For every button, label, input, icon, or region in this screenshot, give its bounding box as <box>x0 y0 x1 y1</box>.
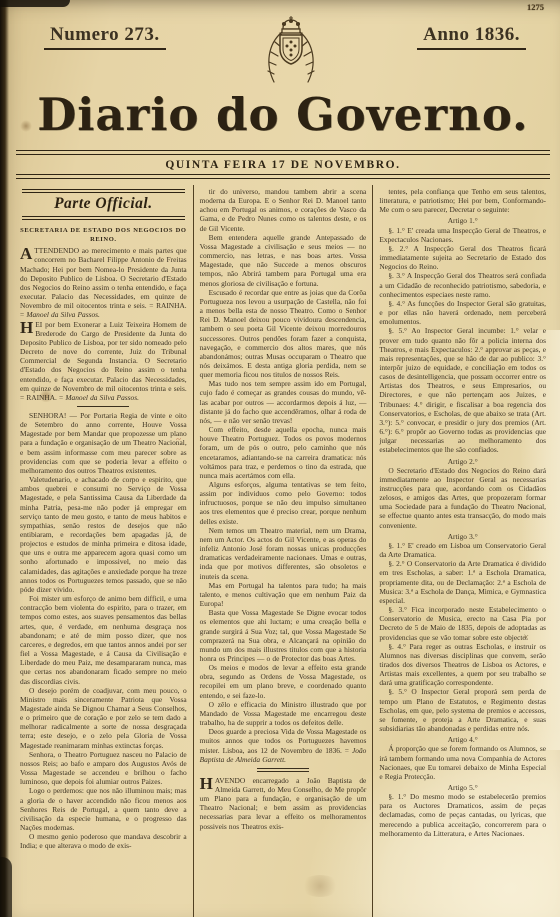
paragraph: Basta que Vossa Magestade Se Digne evoca… <box>200 608 367 663</box>
paragraph: Senhora, o Theatro Portuguez nasceu no P… <box>20 750 187 787</box>
paragraph: Valetudenario, e achacado de corpo e esp… <box>20 475 187 594</box>
article-heading: Artigo 4.° <box>379 735 546 744</box>
column-2-body: tir do universo, mandou tambem abrir a s… <box>200 187 367 831</box>
paragraph: O Secretario d'Estado dos Negocios do Re… <box>379 466 546 530</box>
paragraph: tentes, pela confiança que Tenho em seus… <box>379 187 546 214</box>
signature: João Baptista de Almeida Garrett. <box>200 746 367 764</box>
masthead-title: Diario do Governo. <box>14 88 552 150</box>
paragraph: Foi mister um esforço de animo bem diffi… <box>20 594 187 686</box>
header: Numero 273. <box>14 2 552 86</box>
paragraph: O desejo porém de coadjuvar, com meu pou… <box>20 686 187 750</box>
paragraph: HAVENDO encarregado a João Baptista de A… <box>200 776 367 831</box>
article-heading: Artigo 2.° <box>379 457 546 466</box>
signature: Manoel da Silva Passos. <box>26 310 100 319</box>
paragraph: §. 2.° O Conservatorio da Arte Dramatica… <box>379 559 546 605</box>
dateline: QUINTA FEIRA 17 DE NOVEMBRO. <box>14 155 552 174</box>
issue-number: Numero 273. <box>44 24 166 50</box>
page-number: 1275 <box>527 2 544 12</box>
drop-cap: H <box>200 776 215 792</box>
paragraph: Os meios e modos de levar a effeito esta… <box>200 663 367 700</box>
drop-cap: A <box>20 246 34 262</box>
paragraph: O mesmo genio poderoso que mandava desco… <box>20 832 187 850</box>
signature: Manoel da Silva Passos. <box>65 393 139 402</box>
paragraph: §. 4.° Para reger as outras Escholas, e … <box>379 642 546 688</box>
section-header: Parte Official. <box>22 189 185 220</box>
article-heading: Artigo 3.° <box>379 532 546 541</box>
paragraph: SENHORA! — Por Portaria Regia de vinte e… <box>20 411 187 475</box>
paragraph: Nem temos um Theatro material, nem um Dr… <box>200 526 367 581</box>
paragraph: §. 1.° E' creado em Lisboa um Conservato… <box>379 541 546 559</box>
department-heading: SECRETARIA DE ESTADO DOS NEGOCIOS DO REI… <box>20 226 187 244</box>
paragraph: §. 3.° A Inspecção Geral dos Theatros se… <box>379 271 546 298</box>
paragraph: ATTENDENDO ao merecimento e mais partes … <box>20 246 187 319</box>
drop-cap: H <box>20 320 35 336</box>
paragraph: tir do universo, mandou tambem abrir a s… <box>200 187 367 233</box>
text-column-2: tir do universo, mandou tambem abrir a s… <box>193 185 373 917</box>
double-rule <box>16 174 550 179</box>
paragraph: HEI por bem Exonerar a Luiz Teixeira Hom… <box>20 320 187 402</box>
coat-of-arms-icon <box>258 12 324 95</box>
paragraph: Deos guarde a preciosa Vida de Vossa Mag… <box>200 727 367 764</box>
paragraph: Logo o perdemos: que nos não illuminou m… <box>20 786 187 832</box>
paragraph: §. 3.° Fica incorporado neste Estabeleci… <box>379 605 546 642</box>
paragraph: §. 4.° As funcções do Inspector Geral sã… <box>379 299 546 326</box>
paragraph-separator <box>257 768 309 772</box>
paragraph: Mas em Portugal ha talentos para tudo; h… <box>200 581 367 608</box>
article-columns: Parte Official. SECRETARIA DE ESTADO DOS… <box>14 185 552 917</box>
paragraph: Com effeito, desde aquella epocha, nunca… <box>200 425 367 480</box>
paragraph: §. 1.° Do mesmo modo se estabelecerão pr… <box>379 792 546 838</box>
paragraph-separator <box>77 406 129 407</box>
paragraph: §. 5.° Ao Inspector Geral incumbe: 1.° v… <box>379 326 546 454</box>
newspaper-page: 1275 Numero 273. <box>0 0 560 917</box>
paragraph: §. 2.° A Inspecção Geral dos Theatros fi… <box>379 244 546 271</box>
paragraph: Bem entendera aquelle grande Antepassado… <box>200 233 367 288</box>
paragraph: §. 5.° O Inspector Geral proporá sem per… <box>379 687 546 733</box>
article-heading: Artigo 1.° <box>379 216 546 225</box>
paragraph: Mas tudo nos tem sempre assim ido em Por… <box>200 379 367 425</box>
section-title: Parte Official. <box>54 195 152 212</box>
red-ink-mark-icon: ~ <box>175 434 181 445</box>
text-column-1: Parte Official. SECRETARIA DE ESTADO DOS… <box>14 185 193 917</box>
paragraph: §. 1.° E' creada uma Inspecção Geral de … <box>379 226 546 244</box>
year-label: Anno 1836. <box>417 24 526 50</box>
paragraph: Alguns esforços, alguma tentativas se te… <box>200 480 367 526</box>
paragraph: O zêlo e efficacia do Ministro illustrad… <box>200 700 367 727</box>
text-column-3: tentes, pela confiança que Tenho em seus… <box>372 185 552 917</box>
column-1-body: SECRETARIA DE ESTADO DOS NEGOCIOS DO REI… <box>20 226 187 850</box>
paragraph: Á proporção que se forem formando os Alu… <box>379 744 546 781</box>
paragraph: Escusado é recordar que entre as joias q… <box>200 288 367 380</box>
article-heading: Artigo 5.° <box>379 783 546 792</box>
